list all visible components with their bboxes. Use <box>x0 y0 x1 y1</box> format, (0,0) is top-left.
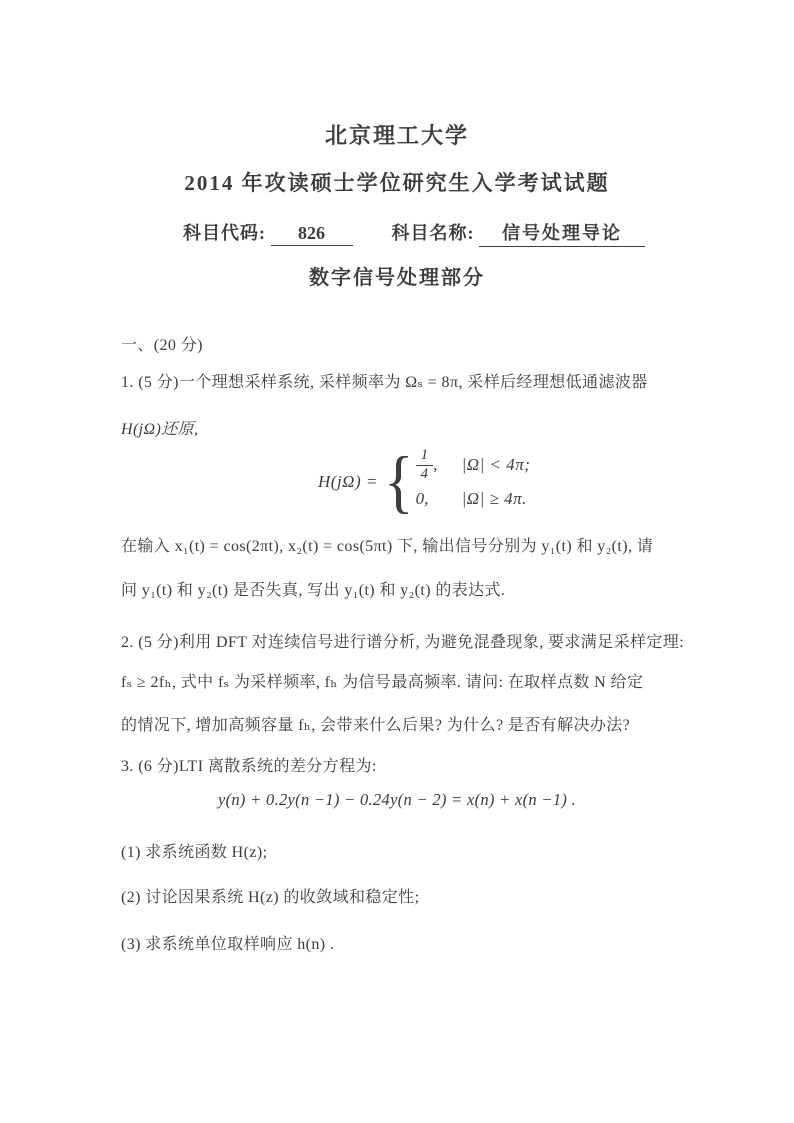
case1-comma: , <box>433 455 437 475</box>
subject-name-label: 科目名称: <box>392 223 475 243</box>
section-title: 数字信号处理部分 <box>0 261 794 290</box>
q1-line-1: 1. (5 分)一个理想采样系统, 采样频率为 Ωₛ = 8π, 采样后经理想低… <box>121 369 648 392</box>
q3-line-1: 3. (6 分)LTI 离散系统的差分方程为: <box>121 753 377 776</box>
q3-subquestion-3: (3) 求系统单位取样响应 h(n) . <box>121 931 334 954</box>
case-row-2: 0, |Ω| ≥ 4π. <box>416 482 531 516</box>
difference-equation: y(n) + 0.2y(n −1) − 0.24y(n − 2) = x(n) … <box>0 790 794 810</box>
subject-code-value: 826 <box>271 223 353 246</box>
university-title: 北京理工大学 <box>0 119 794 150</box>
q3-subquestion-2: (2) 讨论因果系统 H(z) 的收敛域和稳定性; <box>121 884 419 907</box>
subject-name-value: 信号处理导论 <box>479 219 645 247</box>
q1-line-2: H(jΩ)还原, <box>121 416 198 439</box>
subject-row: 科目代码: 826 科目名称: 信号处理导论 <box>183 219 645 247</box>
case2-condition: |Ω| ≥ 4π. <box>462 489 527 509</box>
q2-line-2: fₛ ≥ 2fₕ, 式中 fₛ 为采样频率, fₕ 为信号最高频率. 请问: 在… <box>121 669 643 692</box>
q2-line-3: 的情况下, 增加高频容量 fₕ, 会带来什么后果? 为什么? 是否有解决办法? <box>121 712 630 735</box>
part-one-heading: 一、(20 分) <box>121 332 203 355</box>
exam-paper-page: 北京理工大学 2014 年攻读硕士学位研究生入学考试试题 科目代码: 826 科… <box>0 0 794 1123</box>
exam-title: 2014 年攻读硕士学位研究生入学考试试题 <box>0 167 794 197</box>
case1-condition: |Ω| < 4π; <box>462 455 531 475</box>
formula-lhs: H(jΩ) = <box>318 472 378 492</box>
filter-frequency-response-formula: H(jΩ) = { 1 4 , |Ω| < 4π; 0, |Ω| ≥ 4π. <box>318 448 530 516</box>
q2-line-1: 2. (5 分)利用 DFT 对连续信号进行谱分析, 为避免混叠现象, 要求满足… <box>121 629 684 652</box>
q1-line-3: 在输入 x₁(t) = cos(2πt), x₂(t) = cos(5πt) 下… <box>121 533 653 556</box>
q3-subquestion-1: (1) 求系统函数 H(z); <box>121 839 267 862</box>
case-row-1: 1 4 , |Ω| < 4π; <box>416 448 531 482</box>
case2-value: 0, <box>416 489 462 509</box>
fraction-numerator: 1 <box>416 448 434 466</box>
q1-line-4: 问 y₁(t) 和 y₂(t) 是否失真, 写出 y₁(t) 和 y₂(t) 的… <box>121 577 505 600</box>
fraction-denominator: 4 <box>416 466 434 483</box>
subject-code-label: 科目代码: <box>183 223 266 243</box>
left-brace: { <box>384 447 414 516</box>
fraction-one-fourth: 1 4 <box>416 448 434 483</box>
formula-cases: 1 4 , |Ω| < 4π; 0, |Ω| ≥ 4π. <box>416 448 531 516</box>
